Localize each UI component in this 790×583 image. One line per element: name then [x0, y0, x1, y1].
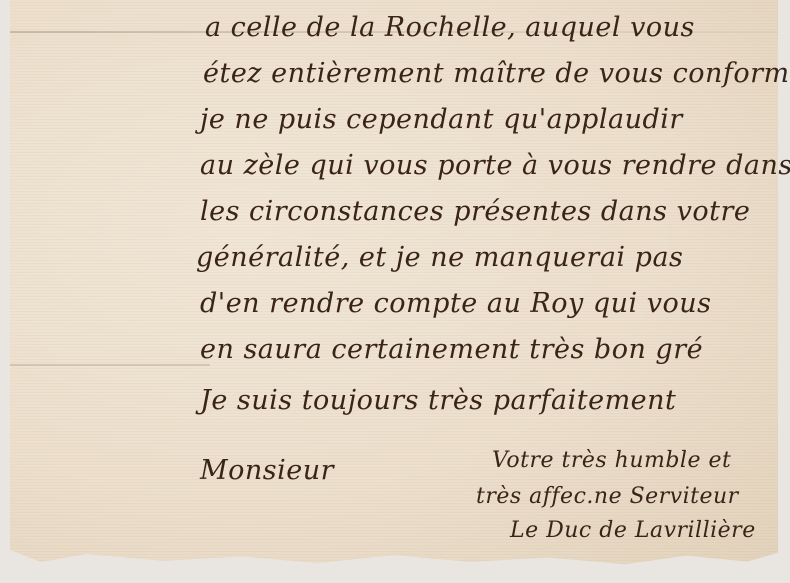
signature-name: Le Duc de Lavrillière: [510, 518, 756, 543]
letter-line-6: généralité, et je ne manquerai pas: [196, 242, 683, 273]
letter-line-7: d'en rendre compte au Roy qui vous: [200, 288, 712, 319]
signature-line-2: très affec.ne Serviteur: [476, 484, 739, 509]
closing-line: Je suis toujours très parfaitement: [200, 385, 676, 416]
letter-line-3: je ne puis cependant qu'applaudir: [200, 104, 683, 135]
signature-line-1: Votre très humble et: [492, 448, 731, 473]
letter-line-2: étez entièrement maître de vous conforme…: [203, 58, 790, 89]
letter-line-5: les circonstances présentes dans votre: [200, 196, 750, 227]
letter-line-1: a celle de la Rochelle, auquel vous: [205, 12, 695, 43]
paper-fold-crease-lower: [10, 364, 210, 366]
salutation: Monsieur: [200, 455, 334, 486]
letter-line-8: en saura certainement très bon gré: [200, 334, 703, 365]
letter-line-4: au zèle qui vous porte à vous rendre dan…: [200, 150, 790, 181]
